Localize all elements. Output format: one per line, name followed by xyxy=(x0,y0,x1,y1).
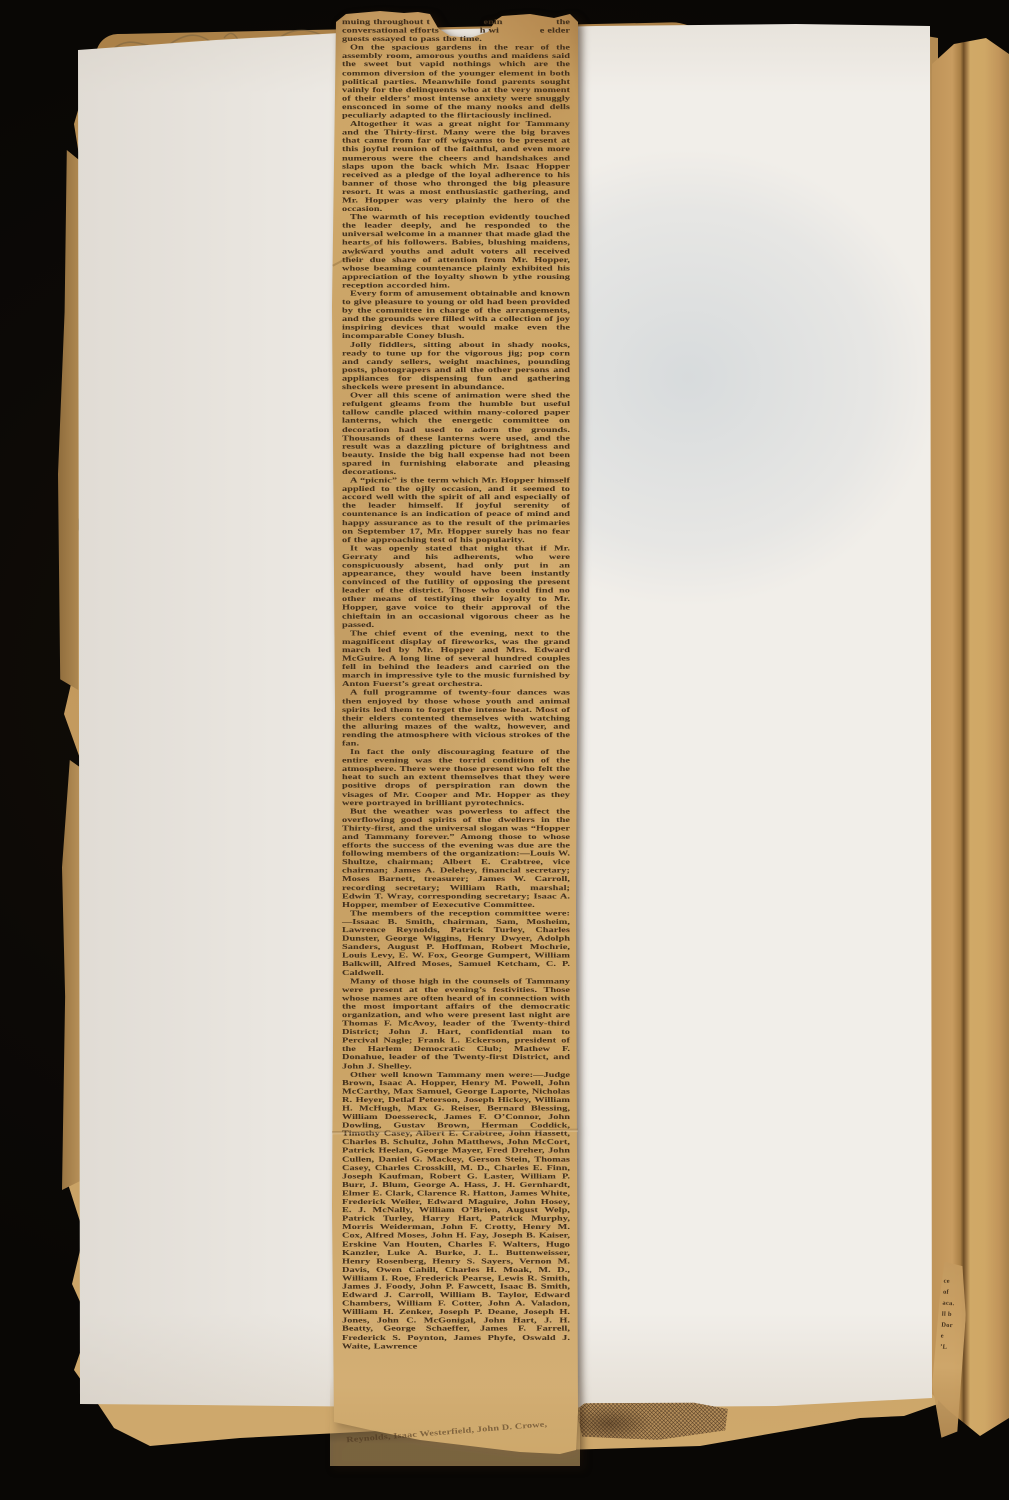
newspaper-clipping: muing throughout t enin the conversation… xyxy=(330,6,580,1476)
text-fragment: h wi xyxy=(480,26,499,34)
torn-line: guests essayed to pass the time. xyxy=(342,35,570,43)
clipping-paragraph: A full programme of twenty-four dances w… xyxy=(342,688,570,747)
torn-line: conversational efforts h wi e elder xyxy=(342,26,570,34)
clipping-paragraph: Other well known Tammany men were:—Judge… xyxy=(342,1070,570,1350)
clipping-text-column: muing throughout t enin the conversation… xyxy=(342,18,570,1350)
sliver-fragment: Dor xyxy=(941,1320,966,1332)
book-fore-edge-pages xyxy=(928,20,1009,1450)
clipping-paragraph: Every form of amusement obtainable and k… xyxy=(342,290,570,341)
clipping-paragraph: The members of the reception committee w… xyxy=(342,909,570,977)
clipping-paragraph: The chief event of the evening, next to … xyxy=(342,629,570,688)
clipping-paragraph: Over all this scene of animation were sh… xyxy=(342,391,570,476)
scrapbook-photo: ce of aca. ll b Dor e ’L muing throughou… xyxy=(0,0,1009,1500)
clipping-paragraph: Many of those high in the counsels of Ta… xyxy=(342,977,570,1070)
sliver-fragment: ’L xyxy=(940,1342,965,1354)
clipping-paragraph: The warmth of his reception evidently to… xyxy=(342,213,570,289)
torn-line: muing throughout t enin the xyxy=(342,18,570,26)
clipping-paragraph: Altogether it was a great night for Tamm… xyxy=(342,120,570,213)
clipping-paragraph: A “picnic” is the term which Mr. Hopper … xyxy=(342,476,570,544)
clipping-paragraph: Jolly fiddlers, sitting about in shady n… xyxy=(342,340,570,391)
text-fragment: muing throughout t xyxy=(342,18,430,26)
clipping-paragraph: On the spacious gardens in the rear of t… xyxy=(342,43,570,119)
clipping-paragraph: In fact the only discouraging feature of… xyxy=(342,748,570,807)
text-fragment: conversational efforts xyxy=(342,26,439,34)
clipping-paragraph: But the weather was powerless to affect … xyxy=(342,807,570,909)
clipping-paragraph: It was openly stated that night that if … xyxy=(342,544,570,629)
text-fragment: e elder xyxy=(540,26,570,34)
text-fragment: enin xyxy=(483,18,502,26)
text-fragment: the xyxy=(556,18,570,26)
torn-page-stub xyxy=(58,150,80,690)
